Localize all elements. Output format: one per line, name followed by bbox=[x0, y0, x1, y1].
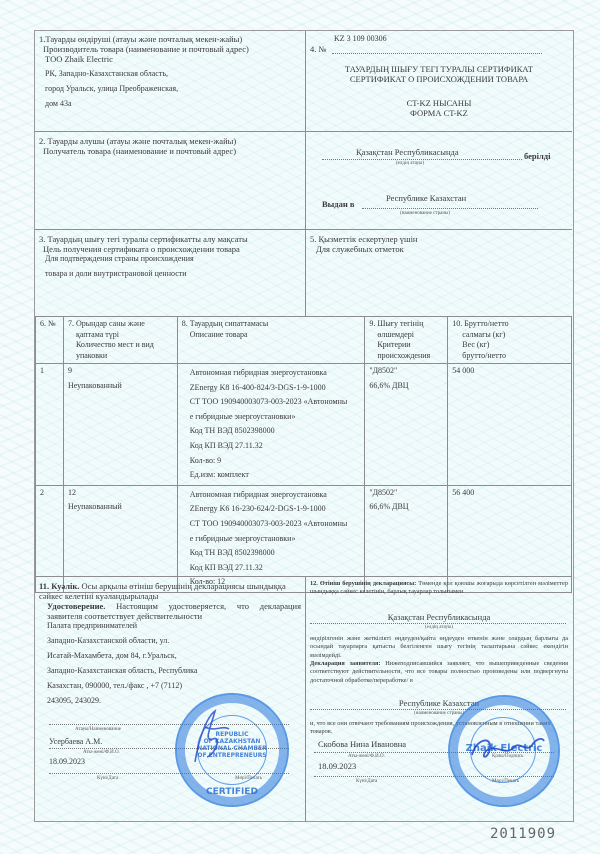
row-weight: 54 000 bbox=[448, 364, 572, 486]
producer-name: ТОО Zhaik Electric bbox=[45, 54, 113, 65]
recipient-title-ru: Получатель товара (наименование и почтов… bbox=[43, 146, 236, 157]
declaration-title-kz: 12. Өтініш берушінің декларациясы: bbox=[310, 580, 416, 587]
box-recipient: 2. Тауарды алушы (атауы және почталық ме… bbox=[35, 132, 306, 230]
certificate-form: 1.Тауарды өндіруші (атауы және почталық … bbox=[34, 30, 574, 822]
certificate-title-kz: ТАУАРДЫҢ ШЫҒУ ТЕГІ ТУРАЛЫ СЕРТИФИКАТ bbox=[306, 64, 572, 75]
chamber-line-2: Западно-Казахстанской области, ул. bbox=[47, 636, 169, 647]
header-origin: 9. Шығу тегініңөлшемдері Критериипроисхо… bbox=[365, 317, 448, 364]
certification-date: 18.09.2023 bbox=[49, 757, 85, 768]
header-number: 6. № bbox=[36, 317, 64, 364]
declarant-name: Скобова Нина Ивановна bbox=[318, 739, 406, 750]
declaration-date: 18.09.2023 bbox=[318, 761, 356, 772]
purpose-title-kz: 3. Тауардың шығу тегі туралы сертификатт… bbox=[39, 234, 248, 245]
box-official-notes: 5. Қызметтік ескертулер үшін Для служебн… bbox=[306, 230, 572, 316]
declaration-date-hint: Күні/Дата bbox=[356, 779, 377, 785]
header-quantity: 7. Орындар саны жәнеқаптама түрі Количес… bbox=[63, 317, 177, 364]
serial-number: 2011909 bbox=[490, 826, 556, 842]
certifier-name: Усербаева А.М. bbox=[49, 737, 102, 748]
declaration-country-kz: Қазақстан Республикасында bbox=[306, 612, 572, 623]
name-hint: Атауы/Наименование bbox=[75, 727, 121, 733]
purpose-line-1: Для подтверждения страны происхождения bbox=[45, 254, 194, 265]
issued-country-ru: Республике Казахстан bbox=[386, 193, 466, 204]
purpose-line-2: товара и доли внутристрановой ценности bbox=[45, 269, 187, 280]
producer-title-kz: 1.Тауарды өндіруші (атауы және почталық … bbox=[39, 34, 242, 45]
certification-date-hint: Күні/Дата bbox=[97, 776, 118, 782]
notes-title-ru: Для служебных отметок bbox=[316, 244, 404, 255]
header-description: 8. Тауардың сипаттамасыОписание товара bbox=[177, 317, 365, 364]
declaration-title-ru: Декларация заявителя: bbox=[310, 660, 381, 667]
goods-table: 6. № 7. Орындар саны жәнеқаптама түрі Ко… bbox=[35, 316, 572, 593]
certifier-signature bbox=[185, 707, 235, 767]
issued-country-kz: Қазақстан Республикасында bbox=[356, 147, 459, 158]
chamber-line-1: Палата предпринимателей bbox=[47, 621, 137, 632]
box-issued-in: Қазақстан Республикасында берілді (елдің… bbox=[306, 132, 572, 230]
box-certificate-number: 4. № KZ 3 109 00306 ТАУАРДЫҢ ШЫҒУ ТЕГІ Т… bbox=[306, 31, 572, 132]
table-row: 1 9Неупакованный Автономная гибридная эн… bbox=[36, 364, 572, 486]
form-label-kz: CT-KZ НЫСАНЫ bbox=[306, 98, 572, 109]
producer-address-3: дом 43а bbox=[45, 99, 72, 110]
certificate-number: KZ 3 109 00306 bbox=[334, 34, 387, 45]
certification-title-ru-bold: Удостоверение. bbox=[47, 601, 105, 611]
certified-label: CERTIFIED bbox=[177, 787, 287, 797]
box-certification: 11. Куәлік. Осы арқылы өтініш берушінің … bbox=[35, 576, 306, 821]
producer-title-ru: Производитель товара (наименование и поч… bbox=[43, 44, 249, 55]
row-number: 1 bbox=[36, 364, 64, 486]
form-label-ru: ФОРМА CT-KZ bbox=[306, 108, 572, 119]
chamber-line-5: Казахстан, 090000, тел./факс , +7 (7112) bbox=[47, 681, 182, 692]
row-quantity: 9Неупакованный bbox=[63, 364, 177, 486]
declaration-hint-kz: (елдің атауы) bbox=[306, 625, 572, 631]
producer-address-2: город Уральск, улица Преображенская, bbox=[45, 84, 178, 95]
issued-hint-kz: (елдің атауы) bbox=[396, 161, 424, 167]
declaration-text-kz-2: өндірілгенін және жеткілікті өңдеуден/қа… bbox=[310, 635, 568, 660]
declarant-name-hint: Аты-жөні/Ф.И.О. bbox=[348, 754, 385, 760]
header-weight: 10. Брутто/неттосалмағы (кг) Вес (кг)бру… bbox=[448, 317, 572, 364]
purpose-title-ru: Цель получения сертификата о происхожден… bbox=[43, 244, 240, 255]
row-origin: "Д8502"66,6% ДВЦ bbox=[365, 364, 448, 486]
box-declaration: 12. Өтініш берушінің декларациясы: Төмен… bbox=[306, 576, 572, 821]
box-purpose: 3. Тауардың шығу тегі туралы сертификатт… bbox=[35, 230, 306, 316]
issued-label-kz: берілді bbox=[524, 151, 550, 162]
chamber-line-6: 243095, 243029. bbox=[47, 696, 101, 707]
certification-title-kz-bold: 11. Куәлік. bbox=[39, 581, 79, 591]
box-producer: 1.Тауарды өндіруші (атауы және почталық … bbox=[35, 31, 306, 132]
recipient-title-kz: 2. Тауарды алушы (атауы және почталық ме… bbox=[39, 136, 236, 147]
declarant-signature bbox=[466, 729, 546, 769]
chamber-line-3: Исатай-Махамбета, дом 84, г.Уральск, bbox=[47, 651, 177, 662]
row-description: Автономная гибридная энергоустановкаZEne… bbox=[177, 364, 365, 486]
number-label: 4. № bbox=[310, 44, 327, 55]
producer-address-1: РК, Западно-Казахстанская область, bbox=[45, 69, 168, 80]
issued-hint-ru: (наименование страны) bbox=[400, 211, 450, 217]
chamber-line-4: Западно-Казахстанская область, Республик… bbox=[47, 666, 197, 677]
certifier-name-hint: Аты-жөні/Ф.И.О. bbox=[83, 750, 120, 756]
certificate-title-ru: СЕРТИФИКАТ О ПРОИСХОЖДЕНИИ ТОВАРА bbox=[306, 74, 572, 85]
table-header-row: 6. № 7. Орындар саны жәнеқаптама түрі Ко… bbox=[36, 317, 572, 364]
issued-label-ru: Выдан в bbox=[322, 199, 354, 210]
notes-title-kz: 5. Қызметтік ескертулер үшін bbox=[310, 234, 417, 245]
